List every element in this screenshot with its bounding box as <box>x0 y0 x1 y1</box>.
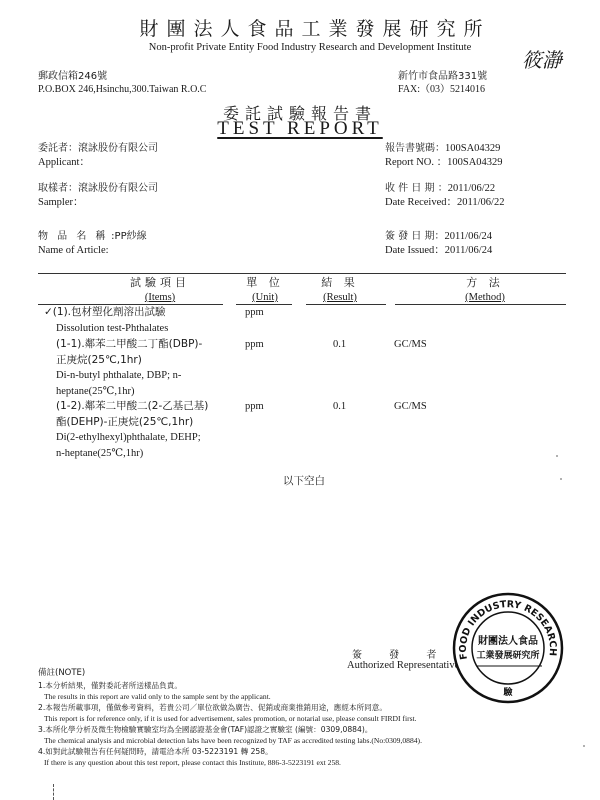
applicant-label-zh: 委託者： <box>38 143 78 154</box>
sampler-field: 取樣者：滾詠股份有限公司 Sampler： <box>38 182 158 210</box>
date-received-field: 收 件 日 期 ：2011/06/22 Date Received：2011/0… <box>385 182 504 210</box>
row2-item-line1: (1-1).鄰苯二甲酸二丁酯(DBP)- <box>56 337 202 353</box>
stamp-inner-line1: 財團法人食品 <box>478 634 538 647</box>
table-row: (1-2).鄰苯二甲酸二(2-乙基己基) 酯(DEHP)-正庚烷(25℃,1hr… <box>56 399 208 461</box>
title-en-text: TEST REPORT <box>217 118 383 139</box>
date-received-value-en: 2011/06/22 <box>457 197 504 208</box>
authorized-label-en: Authorized Representative <box>347 660 459 671</box>
applicant-label-en: Applicant： <box>38 156 158 170</box>
row3-item-line2: 酯(DEHP)-正庚烷(25℃,1hr) <box>56 415 208 431</box>
address-left: 郵政信箱246號 P.O.BOX 246,Hsinchu,300.Taiwan … <box>38 70 206 96</box>
stamp-inner-line2: 工業發展研究所 <box>476 649 539 661</box>
row3-method: GC/MS <box>394 399 427 415</box>
article-value: :PP紗線 <box>111 231 146 242</box>
date-received-label-en: Date Received： <box>385 197 457 208</box>
row2-unit: ppm <box>245 337 264 353</box>
article-field: 物 品 名 稱 :PP紗線 Name of Article: <box>38 230 147 258</box>
row2-item-line3: Di-n-butyl phthalate, DBP; n- <box>56 368 202 384</box>
note-2-zh: 2.本報告所載事項，僅做參考資料，若貴公司／單位欲做為廣告、促銷或商業推銷用途，… <box>38 702 387 713</box>
blank-below-note: 以下空白 <box>283 473 325 488</box>
address-left-en: P.O.BOX 246,Hsinchu,300.Taiwan R.O.C <box>38 83 206 96</box>
row3-item-line4: n-heptane(25℃,1hr) <box>56 446 208 462</box>
header-method: 方 法 (Method) <box>420 275 550 305</box>
header-unit-zh: 單 位 <box>225 275 305 290</box>
address-left-zh: 郵政信箱246號 <box>38 70 206 83</box>
row3-item-line1: (1-2).鄰苯二甲酸二(2-乙基己基) <box>56 399 208 415</box>
report-no-value-zh: 100SA04329 <box>445 143 500 154</box>
header-result-zh: 結 果 <box>300 275 380 290</box>
report-no-label-zh: 報告書號碼： <box>385 143 445 154</box>
header-result-en: (Result) <box>300 290 380 305</box>
margin-mark <box>53 784 54 800</box>
row2-item-line2: 正庚烷(25℃,1hr) <box>56 353 202 369</box>
date-issued-label-en: Date Issued： <box>385 245 445 256</box>
header-rule-method <box>395 304 566 305</box>
fax-number: FAX:（03）5214016 <box>398 83 487 96</box>
note-3-en: The chemical analysis and microbial dete… <box>44 735 422 746</box>
applicant-field: 委託者：滾詠股份有限公司 Applicant： <box>38 142 158 170</box>
date-issued-label-zh: 簽 發 日 期： <box>385 231 445 242</box>
note-4-zh: 4.如對此試驗報告有任何疑問時，請電洽本所 03-5223191 轉 258。 <box>38 746 273 757</box>
report-no-value-en: 100SA04329 <box>447 157 502 168</box>
date-received-value-zh: 2011/06/22 <box>448 183 495 194</box>
table-top-rule <box>38 273 566 274</box>
sampler-label-en: Sampler： <box>38 196 158 210</box>
row1-item-zh: ✓(1).包材塑化劑溶出試驗 <box>44 305 168 321</box>
note-1-zh: 1.本分析結果，僅對委託者所送樣品負責。 <box>38 680 182 691</box>
note-3-zh: 3.本所化學分析及微生物檢驗實驗室均為全國認證基金會(TAF)認證之實驗室 (編… <box>38 724 372 735</box>
applicant-value: 滾詠股份有限公司 <box>78 143 158 154</box>
date-received-label-zh: 收 件 日 期 ： <box>385 183 448 194</box>
date-issued-value-en: 2011/06/24 <box>445 245 492 256</box>
org-name-en: Non-profit Private Entity Food Industry … <box>0 42 600 53</box>
org-name-zh: 財團法人食品工業發展研究所 <box>0 14 600 41</box>
header-unit-en: (Unit) <box>225 290 305 305</box>
stamp-bottom-text: 驗 <box>502 686 513 698</box>
header-result: 結 果 (Result) <box>300 275 380 305</box>
article-label-zh: 物 品 名 稱 <box>38 231 109 242</box>
date-issued-field: 簽 發 日 期：2011/06/24 Date Issued：2011/06/2… <box>385 230 492 258</box>
header-method-zh: 方 法 <box>420 275 550 290</box>
row2-item-line4: heptane(25℃,1hr) <box>56 384 202 400</box>
table-row: (1-1).鄰苯二甲酸二丁酯(DBP)- 正庚烷(25℃,1hr) Di-n-b… <box>56 337 202 399</box>
note-4-en: If there is any question about this test… <box>44 757 341 768</box>
header-rule-result <box>306 304 386 305</box>
handwritten-signature: 筱瀞 <box>522 44 562 73</box>
sampler-label-zh: 取樣者： <box>38 183 78 194</box>
institute-seal-stamp: FOOD INDUSTRY RESEARCH & DEVELOPMENT INS… <box>452 592 564 704</box>
row1-unit: ppm <box>245 305 264 321</box>
report-no-field: 報告書號碼：100SA04329 Report NO. ：100SA04329 <box>385 142 503 170</box>
header-unit: 單 位 (Unit) <box>225 275 305 305</box>
table-row: ✓(1).包材塑化劑溶出試驗 Dissolution test-Phthalat… <box>44 305 168 336</box>
scan-speck <box>560 478 562 480</box>
header-method-en: (Method) <box>420 290 550 305</box>
report-no-label-en: Report NO. ： <box>385 157 447 168</box>
title-en: TEST REPORT <box>0 118 600 140</box>
scan-speck <box>556 455 558 457</box>
note-2-en: This report is for reference only, if it… <box>44 713 417 724</box>
date-issued-value-zh: 2011/06/24 <box>445 231 492 242</box>
address-right: 新竹市食品路331號 FAX:（03）5214016 <box>398 70 487 96</box>
notes-title: 備註(NOTE) <box>38 668 85 679</box>
row2-method: GC/MS <box>394 337 427 353</box>
row3-unit: ppm <box>245 399 264 415</box>
row1-item-en: Dissolution test-Phthalates <box>44 321 168 337</box>
article-label-en: Name of Article: <box>38 244 147 258</box>
authorized-label-zh: 簽 發 者 <box>352 646 448 661</box>
address-right-zh: 新竹市食品路331號 <box>398 70 487 83</box>
note-1-en: The results in this report are valid onl… <box>44 691 271 702</box>
row3-result: 0.1 <box>333 399 346 415</box>
row2-result: 0.1 <box>333 337 346 353</box>
row3-item-line3: Di(2-ethylhexyl)phthalate, DEHP; <box>56 430 208 446</box>
scan-speck <box>583 745 585 747</box>
sampler-value: 滾詠股份有限公司 <box>78 183 158 194</box>
